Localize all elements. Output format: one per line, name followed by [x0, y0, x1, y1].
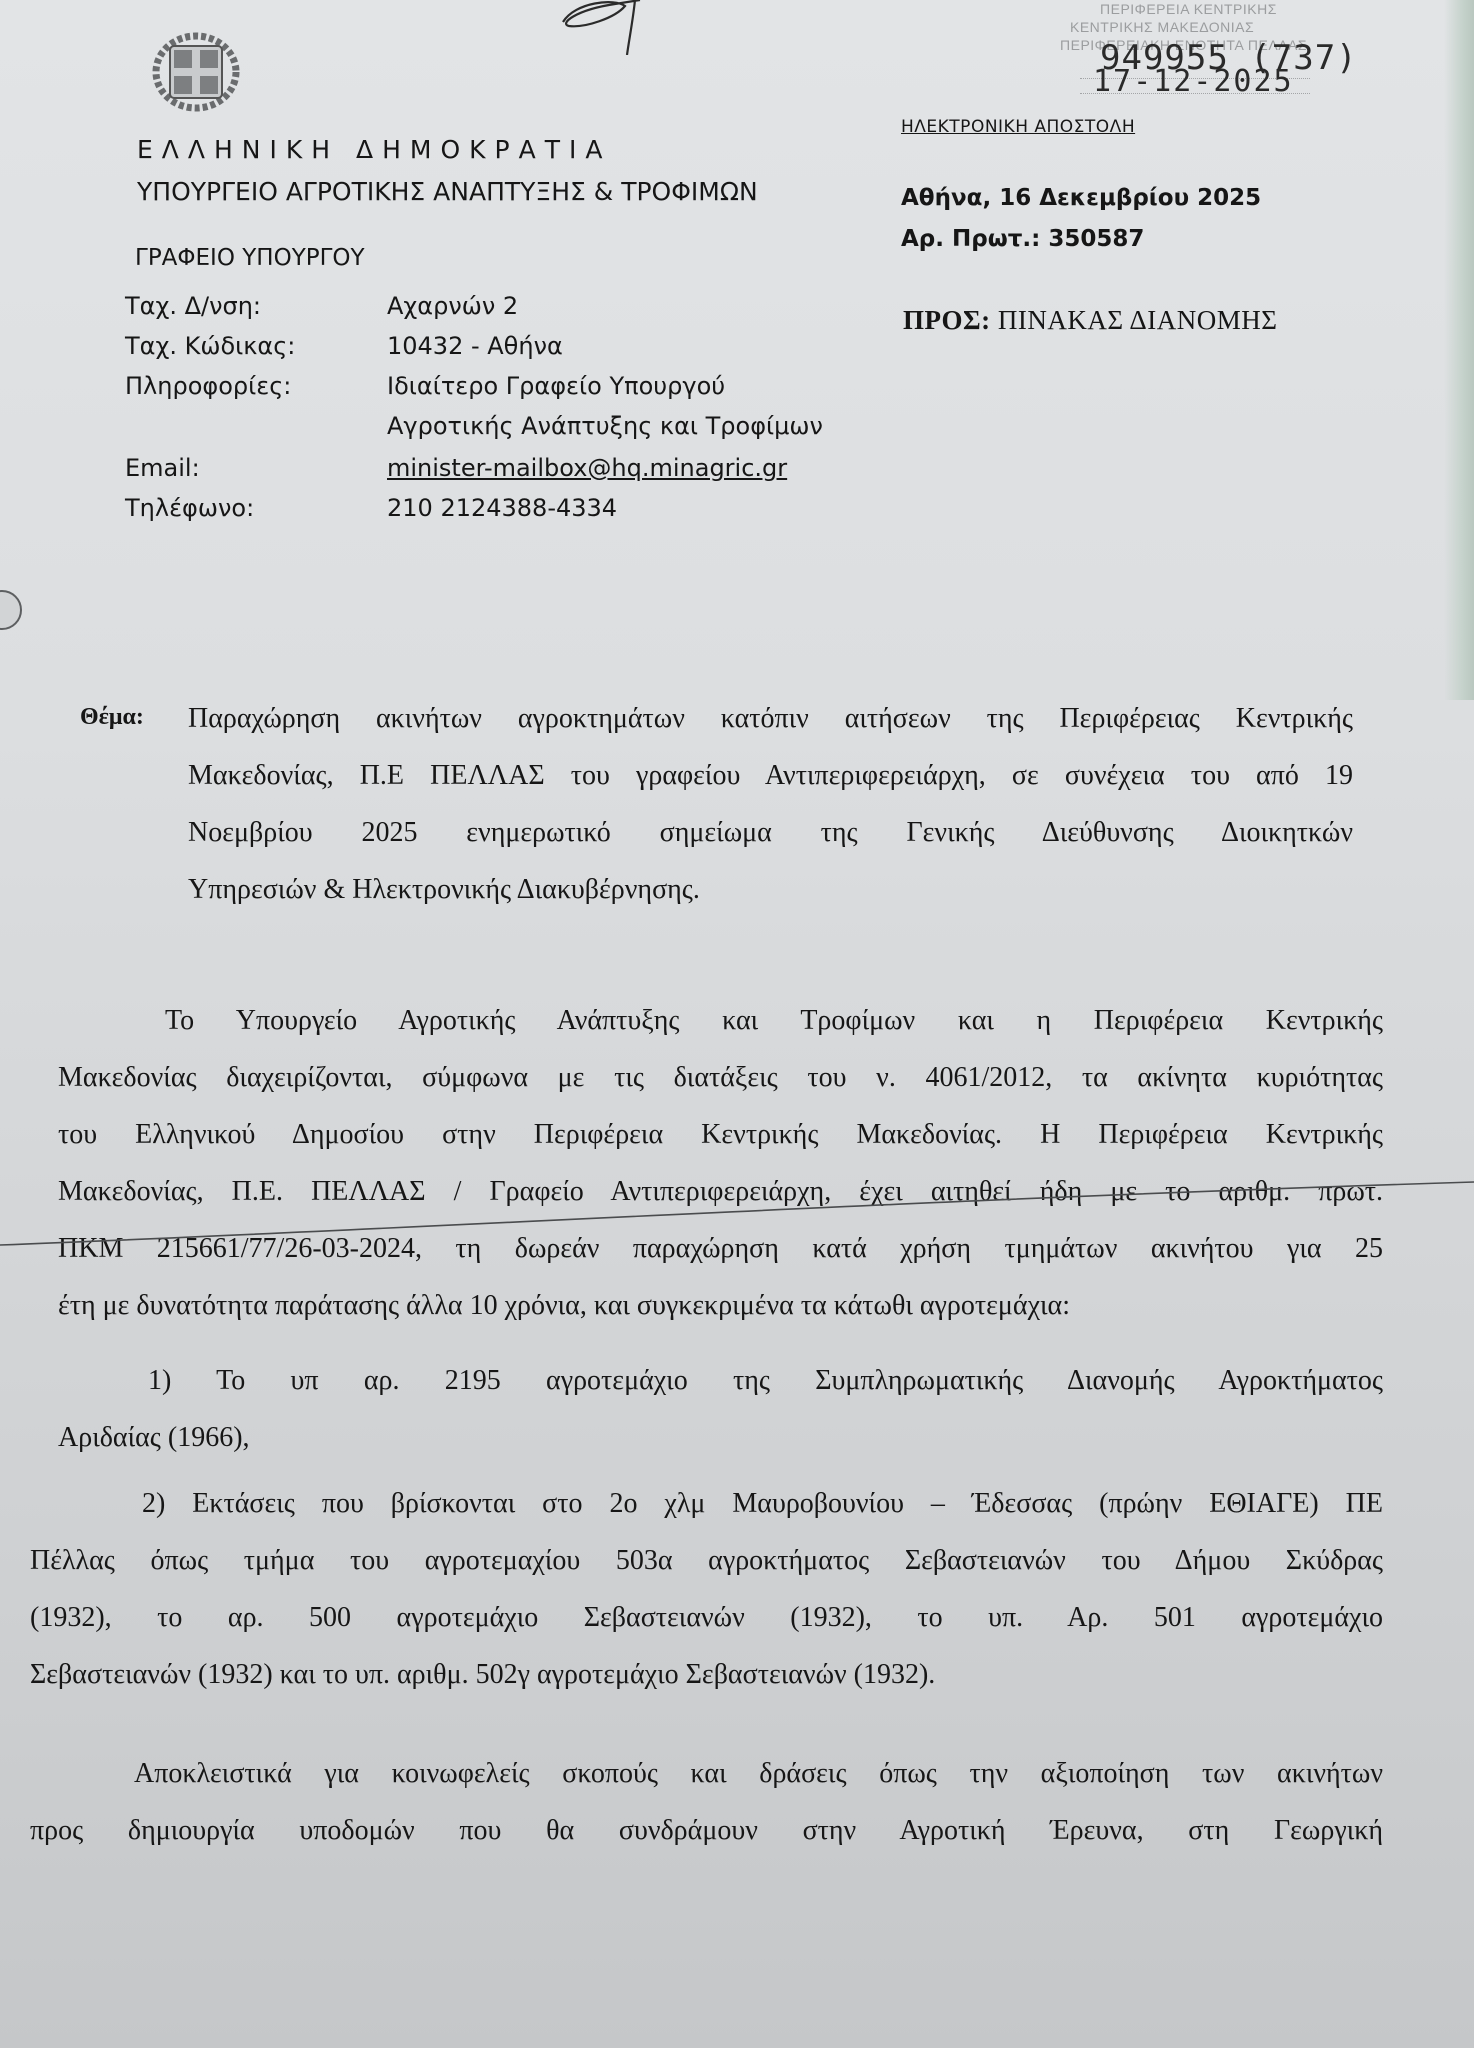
- subject-line: Νοεμβρίου 2025 ενημερωτικό σημείωμα της …: [188, 804, 1353, 861]
- signature-mark: [555, 0, 665, 55]
- phone-row: Τηλέφωνο: 210 2124388-4334: [125, 494, 823, 534]
- office-heading: ΓΡΑΦΕΙΟ ΥΠΟΥΡΓΟΥ: [135, 245, 365, 271]
- info-value-line-2: Αγροτικής Ανάπτυξης και Τροφίμων: [387, 406, 823, 446]
- phone-label: Τηλέφωνο:: [125, 494, 387, 522]
- body-line: Σεβαστειανών (1932) και το υπ. αριθμ. 50…: [30, 1646, 1383, 1703]
- page-edge-shadow: [1444, 0, 1474, 700]
- body-paragraph-3: Αποκλειστικά για κοινωφελείς σκοπούς και…: [30, 1745, 1383, 1859]
- body-line: (1932), το αρ. 500 αγροτεμάχιο Σεβαστεια…: [30, 1589, 1383, 1646]
- body-line: έτη με δυνατότητα παράτασης άλλα 10 χρόν…: [58, 1277, 1383, 1334]
- subject-line: Μακεδονίας, Π.Ε ΠΕΛΛΑΣ του γραφείου Αντι…: [188, 747, 1353, 804]
- subject-label: Θέμα:: [80, 704, 144, 731]
- body-paragraph-1: Το Υπουργείο Αγροτικής Ανάπτυξης και Τρο…: [58, 992, 1383, 1334]
- ministry-heading: ΥΠΟΥΡΓΕΙΟ ΑΓΡΟΤΙΚΗΣ ΑΝΑΠΤΥΞΗΣ & ΤΡΟΦΙΜΩΝ: [137, 177, 758, 206]
- greek-coat-of-arms-icon: [150, 32, 242, 112]
- recipient-line: ΠΡΟΣ: ΠΙΝΑΚΑΣ ΔΙΑΝΟΜΗΣ: [903, 305, 1277, 336]
- address-value: Αχαρνών 2: [387, 286, 518, 326]
- body-line: Το Υπουργείο Αγροτικής Ανάπτυξης και Τρο…: [58, 992, 1383, 1049]
- pen-stroke-mark: [0, 1180, 1474, 1250]
- list-item-1: 1) Το υπ αρ. 2195 αγροτεμάχιο της Συμπλη…: [58, 1352, 1383, 1466]
- contact-details: Ταχ. Δ/νση: Αχαρνών 2 Ταχ. Κώδικας: 1043…: [125, 292, 823, 534]
- stamp-line-2: ΚΕΝΤΡΙΚΗΣ ΜΑΚΕΔΟΝΙΑΣ: [1070, 18, 1345, 36]
- list-item-2: 2) Εκτάσεις που βρίσκονται στο 2ο χλμ Μα…: [30, 1475, 1383, 1703]
- recipient-value: ΠΙΝΑΚΑΣ ΔΙΑΝΟΜΗΣ: [998, 305, 1278, 335]
- body-line: 2) Εκτάσεις που βρίσκονται στο 2ο χλμ Μα…: [30, 1475, 1383, 1532]
- punch-hole: [0, 590, 22, 630]
- postcode-value: 10432 - Αθήνα: [387, 326, 563, 366]
- phone-value: 210 2124388-4334: [387, 488, 617, 528]
- body-line: προς δημιουργία υποδομών που θα συνδράμο…: [30, 1802, 1383, 1859]
- email-label: Email:: [125, 454, 387, 482]
- protocol-number: Αρ. Πρωτ.: 350587: [901, 226, 1144, 252]
- body-line: του Ελληνικού Δημοσίου στην Περιφέρεια Κ…: [58, 1106, 1383, 1163]
- stamp-line-1: ΠΕΡΙΦΕΡΕΙΑ ΚΕΝΤΡΙΚΗΣ: [1100, 0, 1345, 18]
- document-date: Αθήνα, 16 Δεκεμβρίου 2025: [901, 185, 1261, 211]
- subject-line: Υπηρεσιών & Ηλεκτρονικής Διακυβέρνησης.: [188, 861, 1353, 918]
- body-line: Αποκλειστικά για κοινωφελείς σκοπούς και…: [30, 1745, 1383, 1802]
- subject-text: Παραχώρηση ακινήτων αγροκτημάτων κατόπιν…: [188, 690, 1353, 918]
- subject-line: Παραχώρηση ακινήτων αγροκτημάτων κατόπιν…: [188, 690, 1353, 747]
- handwritten-received-date: 17-12-2025: [1093, 64, 1294, 99]
- recipient-label: ΠΡΟΣ:: [903, 305, 991, 335]
- body-line: Πέλλας όπως τμήμα του αγροτεμαχίου 503α …: [30, 1532, 1383, 1589]
- email-link[interactable]: minister-mailbox@hq.minagric.gr: [387, 448, 787, 488]
- info-row: Πληροφορίες: Ιδιαίτερο Γραφείο Υπουργού …: [125, 372, 823, 454]
- body-line: Αριδαίας (1966),: [58, 1409, 1383, 1466]
- body-line: Μακεδονίας διαχειρίζονται, σύμφωνα με τι…: [58, 1049, 1383, 1106]
- info-label: Πληροφορίες:: [125, 372, 387, 400]
- info-value-line-1: Ιδιαίτερο Γραφείο Υπουργού: [387, 366, 823, 406]
- delivery-method: ΗΛΕΚΤΡΟΝΙΚΗ ΑΠΟΣΤΟΛΗ: [901, 117, 1135, 137]
- postcode-label: Ταχ. Κώδικας:: [125, 332, 387, 360]
- republic-heading: ΕΛΛΗΝΙΚΗ ΔΗΜΟΚΡΑΤΙΑ: [137, 135, 611, 164]
- body-line: 1) Το υπ αρ. 2195 αγροτεμάχιο της Συμπλη…: [58, 1352, 1383, 1409]
- address-label: Ταχ. Δ/νση:: [125, 292, 387, 320]
- info-value: Ιδιαίτερο Γραφείο Υπουργού Αγροτικής Ανά…: [387, 366, 823, 446]
